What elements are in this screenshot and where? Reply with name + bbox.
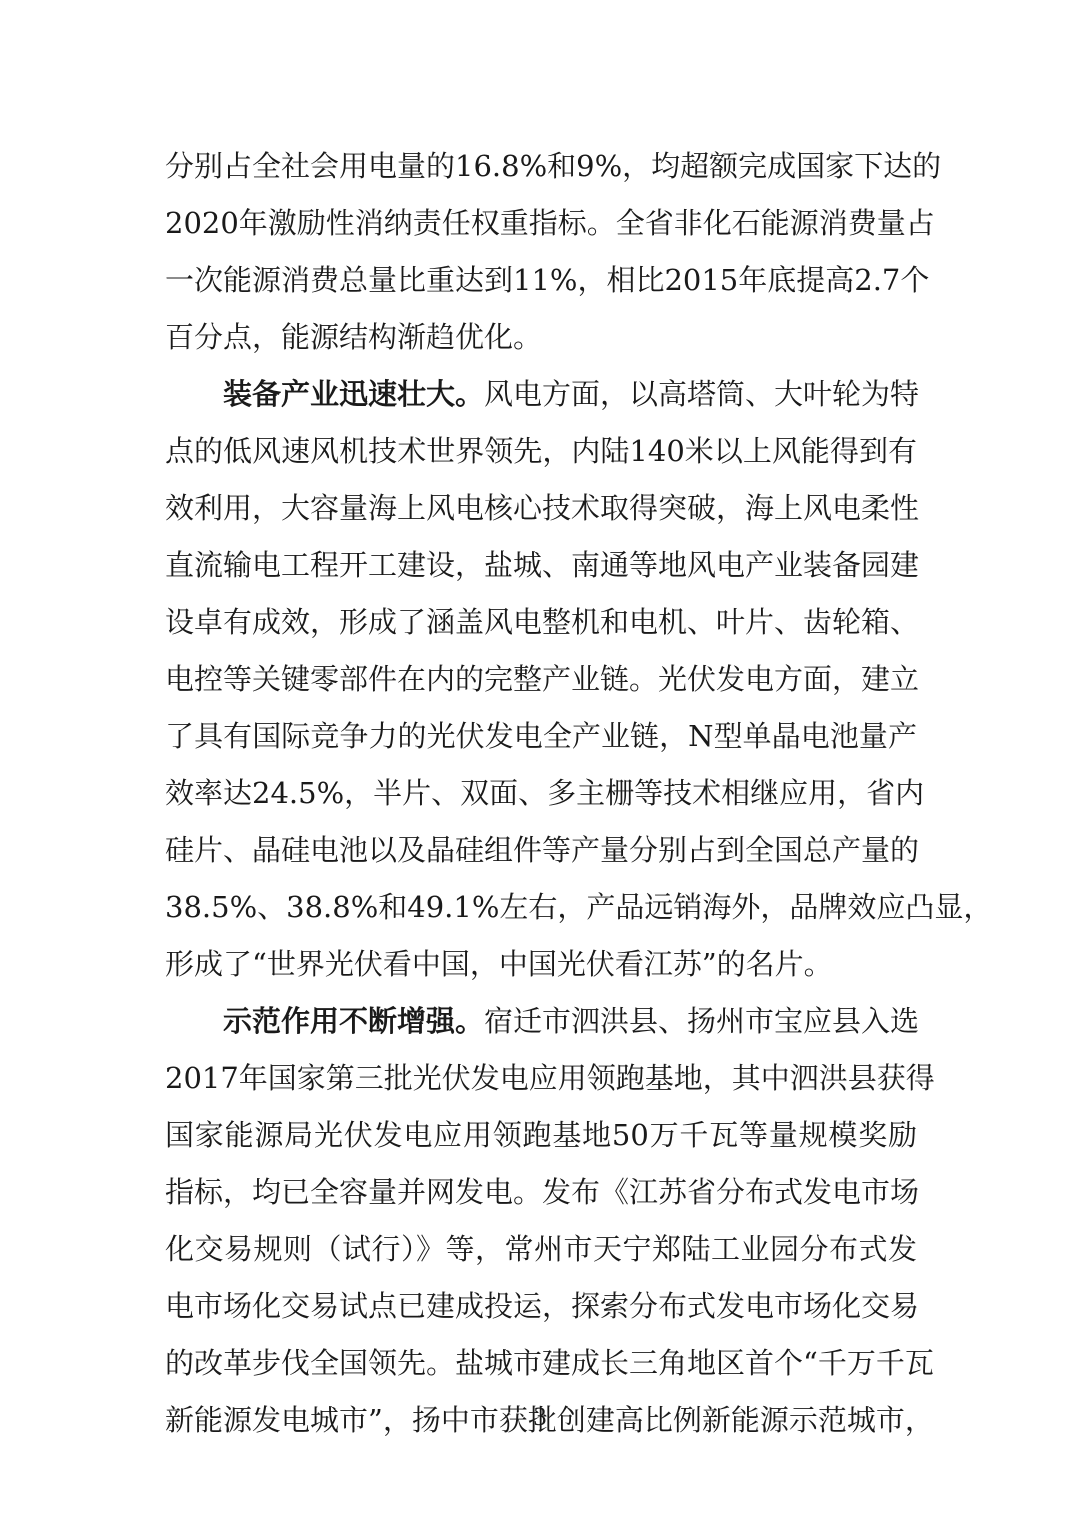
text-line: 点的低风速风机技术世界领先，内陆140米以上风能得到有 [165, 423, 917, 480]
paragraph-first-line: 示范作用不断增强。宿迁市泗洪县、扬州市宝应县入选 [165, 993, 917, 1050]
text-line: 国家能源局光伏发电应用领跑基地50万千瓦等量规模奖励 [165, 1107, 917, 1164]
text-line: 电市场化交易试点已建成投运，探索分布式发电市场化交易 [165, 1278, 917, 1335]
text-line: 2017年国家第三批光伏发电应用领跑基地，其中泗洪县获得 [165, 1050, 917, 1107]
text-line: 效利用，大容量海上风电核心技术取得突破，海上风电柔性 [165, 480, 917, 537]
text-line: 直流输电工程开工建设，盐城、南通等地风电产业装备园建 [165, 537, 917, 594]
text-line: 了具有国际竞争力的光伏发电全产业链，N型单晶电池量产 [165, 708, 917, 765]
page-number: 3 [0, 1402, 1080, 1432]
text-line: 指标，均已全容量并网发电。发布《江苏省分布式发电市场 [165, 1164, 917, 1221]
text-span: 风电方面，以高塔筒、大叶轮为特 [484, 377, 919, 411]
text-line: 硅片、晶硅电池以及晶硅组件等产量分别占到全国总产量的 [165, 822, 917, 879]
text-line: 效率达24.5%，半片、双面、多主栅等技术相继应用，省内 [165, 765, 917, 822]
text-line: 的改革步伐全国领先。盐城市建成长三角地区首个“千万千瓦 [165, 1335, 917, 1392]
text-line: 设卓有成效，形成了涵盖风电整机和电机、叶片、齿轮箱、 [165, 594, 917, 651]
document-body: 分别占全社会用电量的16.8%和9%，均超额完成国家下达的 2020年激励性消纳… [165, 138, 917, 1449]
text-line: 分别占全社会用电量的16.8%和9%，均超额完成国家下达的 [165, 138, 917, 195]
text-line: 化交易规则（试行）》等，常州市天宁郑陆工业园分布式发 [165, 1221, 917, 1278]
text-line: 形成了“世界光伏看中国，中国光伏看江苏”的名片。 [165, 936, 917, 993]
text-line: 一次能源消费总量比重达到11%，相比2015年底提高2.7个 [165, 252, 917, 309]
text-line: 电控等关键零部件在内的完整产业链。光伏发电方面，建立 [165, 651, 917, 708]
text-span: 宿迁市泗洪县、扬州市宝应县入选 [484, 1004, 919, 1038]
text-line: 38.5%、38.8%和49.1%左右，产品远销海外，品牌效应凸显， [165, 879, 917, 936]
paragraph-lead-heading: 示范作用不断增强。 [223, 1004, 484, 1038]
document-page: 分别占全社会用电量的16.8%和9%，均超额完成国家下达的 2020年激励性消纳… [0, 0, 1080, 1527]
text-line: 2020年激励性消纳责任权重指标。全省非化石能源消费量占 [165, 195, 917, 252]
paragraph-lead-heading: 装备产业迅速壮大。 [223, 377, 484, 411]
text-line: 百分点，能源结构渐趋优化。 [165, 309, 917, 366]
paragraph-first-line: 装备产业迅速壮大。风电方面，以高塔筒、大叶轮为特 [165, 366, 917, 423]
